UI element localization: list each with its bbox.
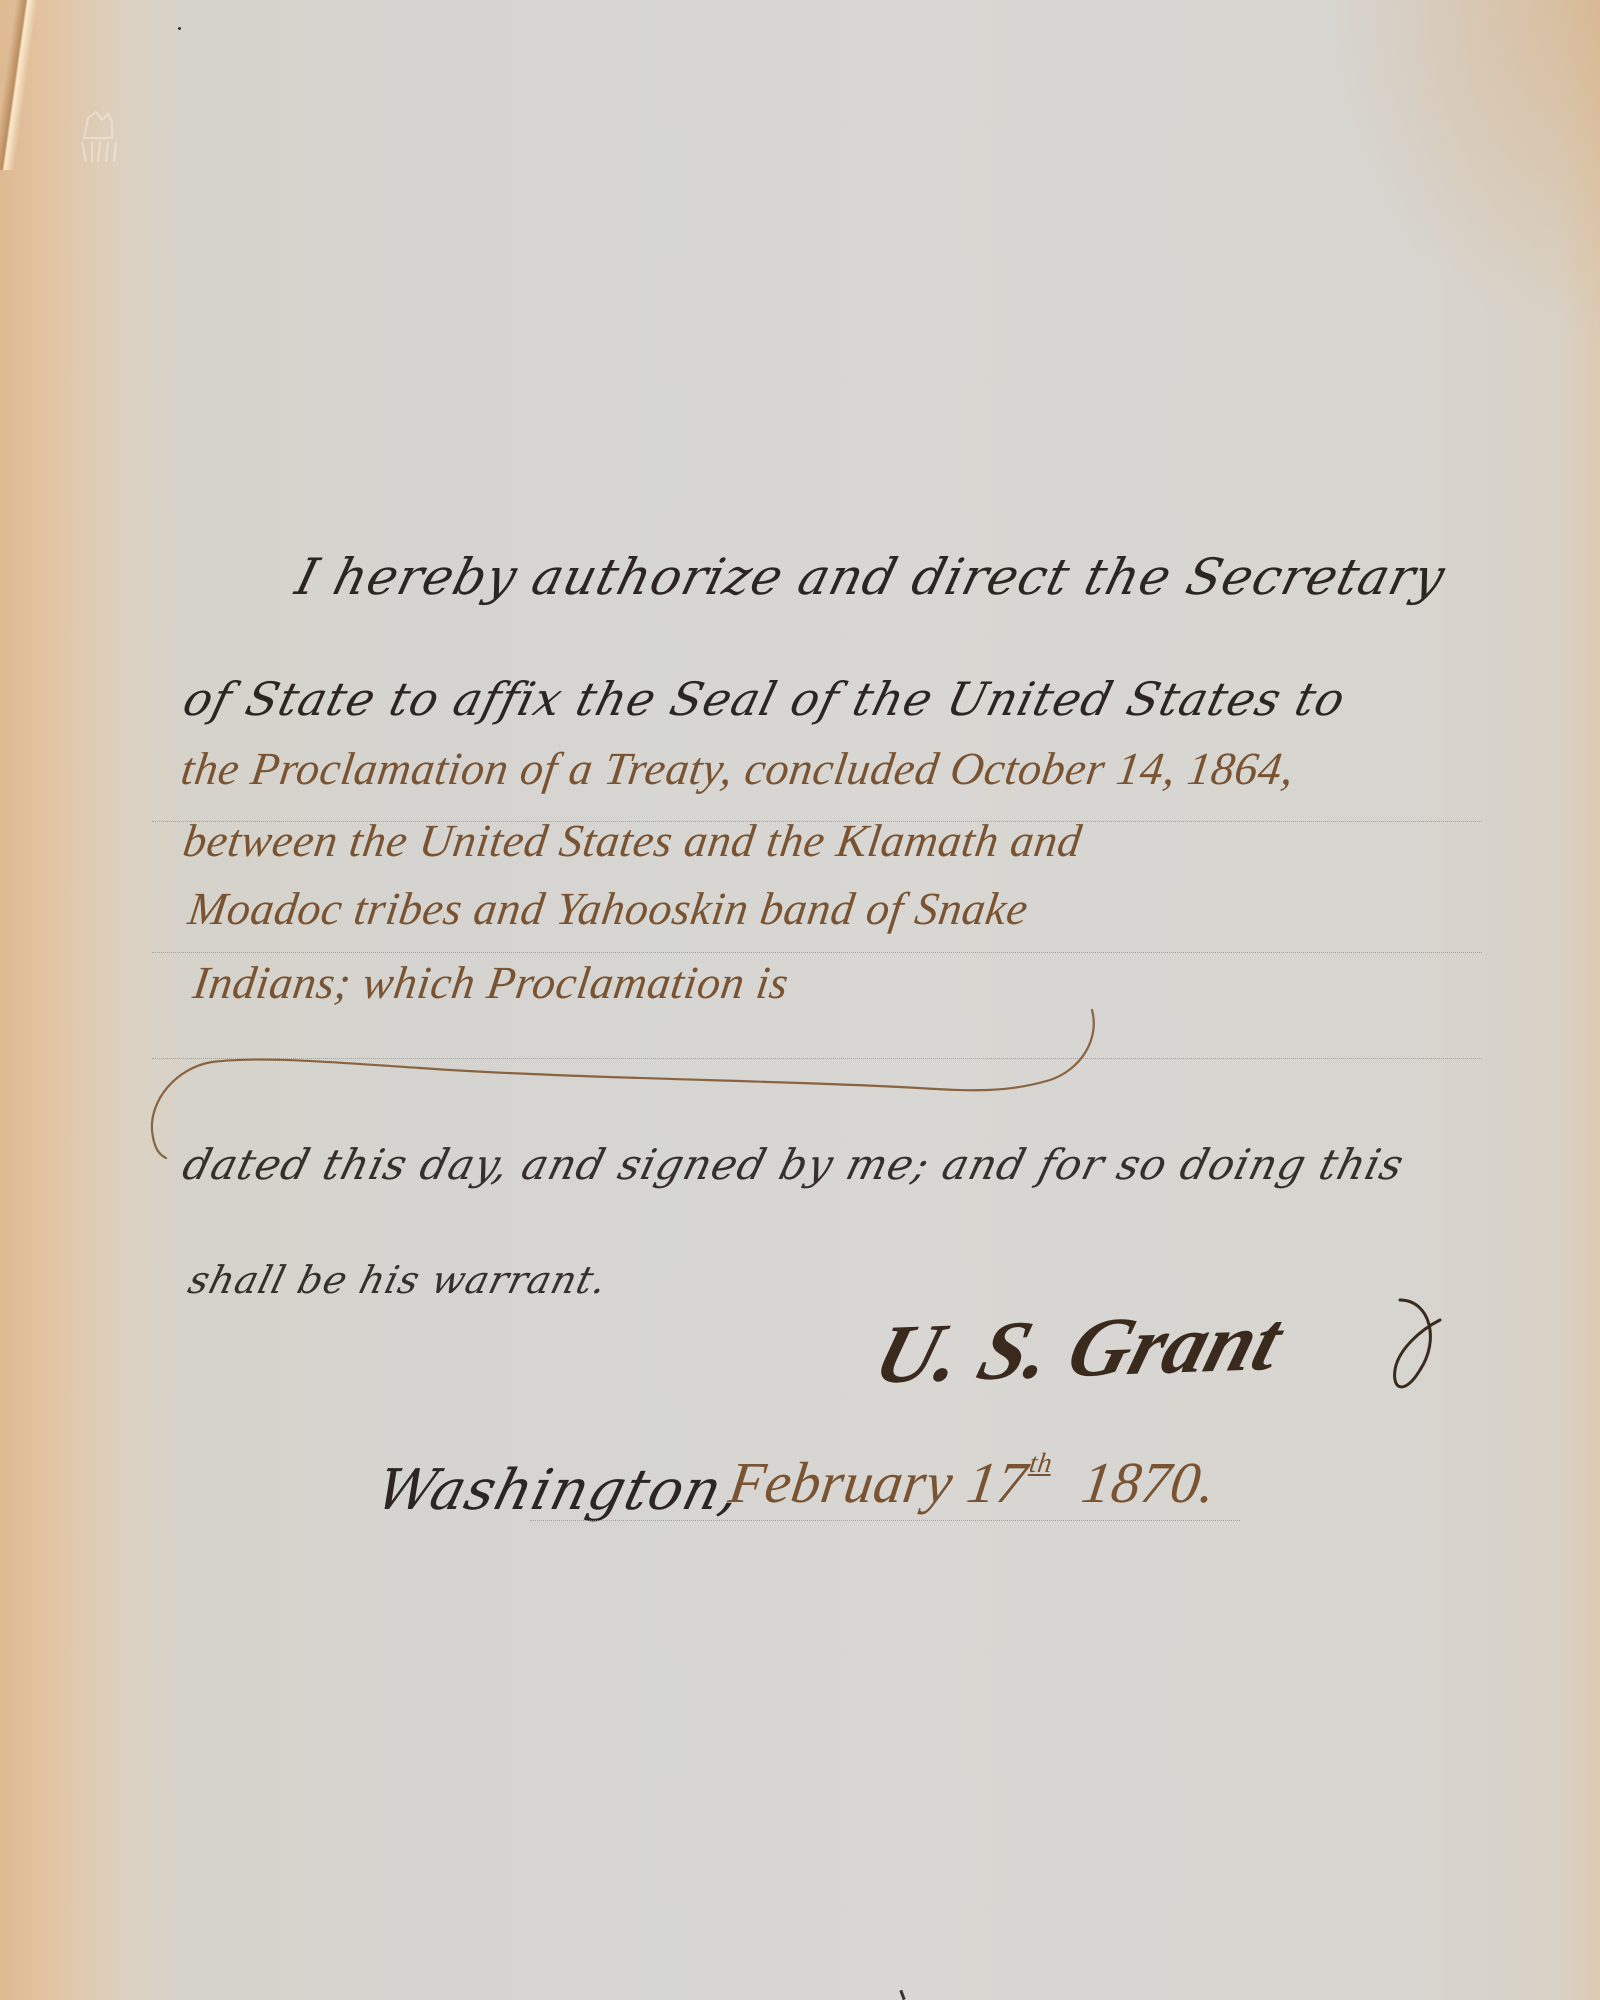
date-month-day: February 17 — [725, 1450, 1031, 1515]
handwritten-date: February 17th 1870. — [725, 1448, 1220, 1516]
ruled-line-date — [530, 1520, 1240, 1521]
signature-loop-icon — [0, 0, 1600, 2000]
engraved-place: Washington, — [370, 1458, 748, 1523]
document-page: I hereby authorize and direct the Secret… — [0, 0, 1600, 2000]
date-year: 1870. — [1078, 1450, 1220, 1515]
date-suffix: th — [1027, 1448, 1054, 1479]
paper-speck — [178, 27, 181, 30]
